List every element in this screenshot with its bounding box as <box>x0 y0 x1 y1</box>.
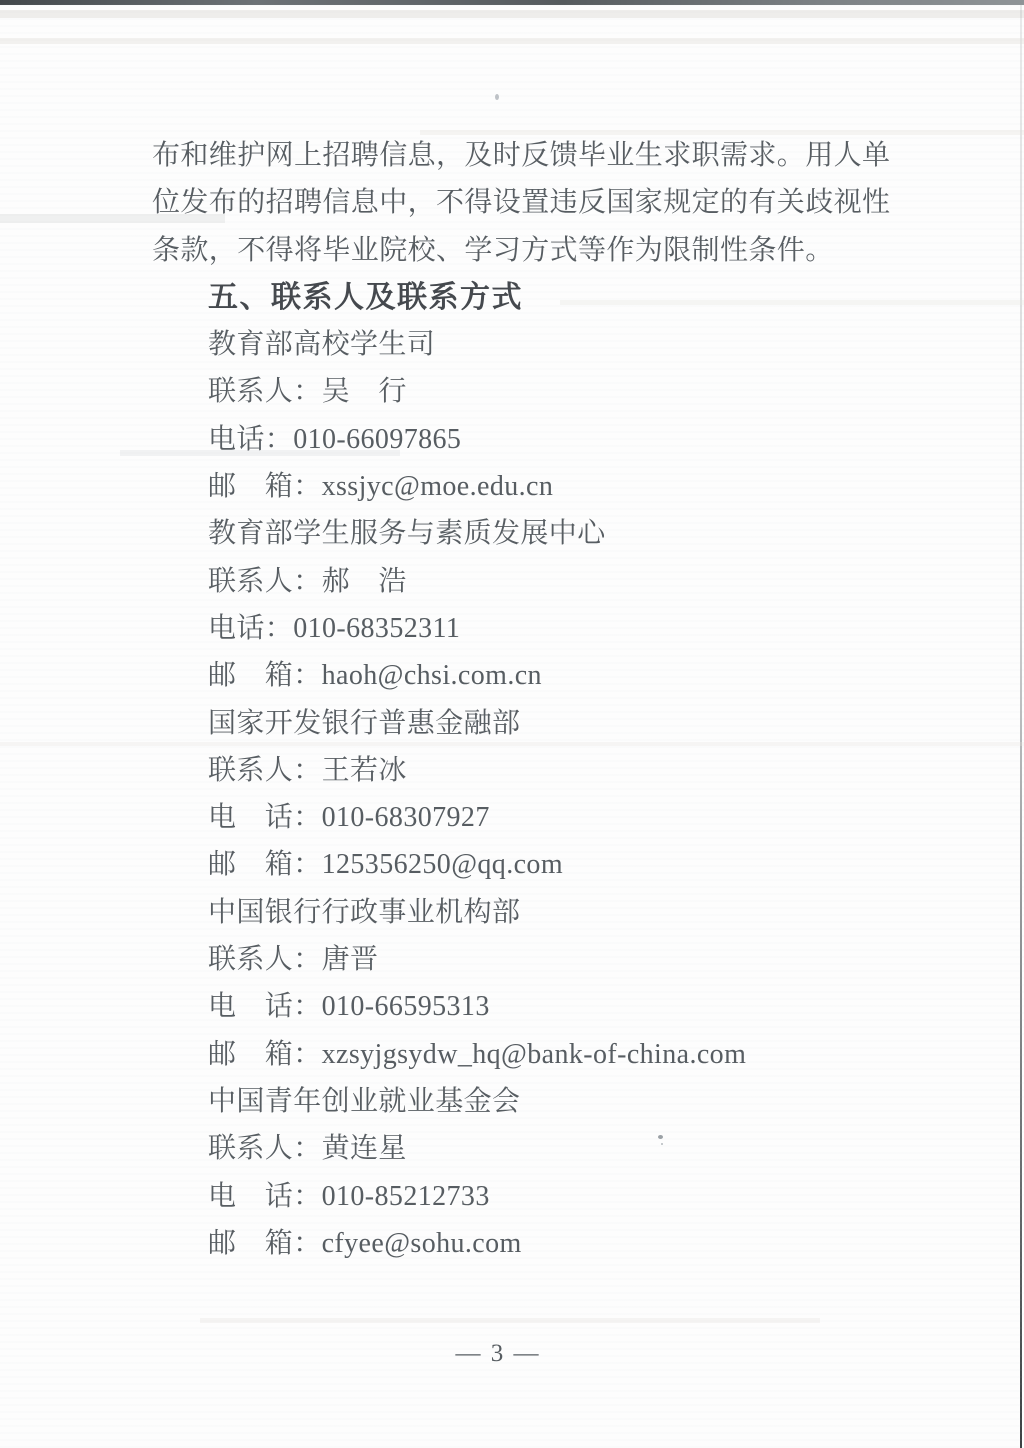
contact-email-line: 邮 箱：xzsyjgsydw_hq@bank-of-china.com <box>208 1031 1024 1078</box>
page-number: — 3 — <box>0 1338 1010 1370</box>
contact-email-label: 邮 箱： <box>208 1039 322 1070</box>
contact-email-label: 邮 箱： <box>208 660 322 691</box>
contact-person-label: 联系人： <box>208 566 322 597</box>
document-body: 布和维护网上招聘信息，及时反馈毕业生求职需求。用人单 位发布的招聘信息中，不得设… <box>0 132 1024 1267</box>
contact-person-label: 联系人： <box>208 376 322 407</box>
contact-email-address: xzsyjgsydw_hq@bank-of-china.com <box>322 1039 747 1070</box>
contact-person-line: 联系人：唐晋 <box>208 936 1024 983</box>
contact-person-name: 王若冰 <box>322 755 407 786</box>
contact-org: 国家开发银行普惠金融部 <box>208 700 1024 747</box>
contact-phone-label: 电 话： <box>208 802 322 833</box>
contact-person-line: 联系人：黄连星 <box>208 1125 1024 1172</box>
contact-phone-label: 电话： <box>208 613 293 644</box>
contact-email-address: 125356250@qq.com <box>322 849 563 880</box>
contact-email-line: 邮 箱：haoh@chsi.com.cn <box>208 652 1024 699</box>
contact-phone-label: 电话： <box>208 424 293 455</box>
contact-person-label: 联系人： <box>208 944 322 975</box>
contact-phone-number: 010-66097865 <box>293 424 461 455</box>
contact-phone-label: 电 话： <box>208 1181 322 1212</box>
contact-org: 教育部学生服务与素质发展中心 <box>208 510 1024 557</box>
contact-email-address: cfyee@sohu.com <box>322 1228 522 1259</box>
contact-email-address: haoh@chsi.com.cn <box>322 660 542 691</box>
paragraph-line: 条款，不得将毕业院校、学习方式等作为限制性条件。 <box>152 227 1024 274</box>
contact-phone-line: 电话：010-68352311 <box>208 605 1024 652</box>
contact-email-address: xssjyc@moe.edu.cn <box>322 471 554 502</box>
contact-email-label: 邮 箱： <box>208 1228 322 1259</box>
contact-org: 中国银行行政事业机构部 <box>208 889 1024 936</box>
contact-phone-label: 电 话： <box>208 991 322 1022</box>
contact-phone-line: 电话：010-66097865 <box>208 416 1024 463</box>
contact-person-name: 黄连星 <box>322 1133 407 1164</box>
contact-phone-number: 010-66595313 <box>322 991 490 1022</box>
contact-org: 教育部高校学生司 <box>208 321 1024 368</box>
section-heading: 五、联系人及联系方式 <box>208 274 1024 321</box>
document-page: 布和维护网上招聘信息，及时反馈毕业生求职需求。用人单 位发布的招聘信息中，不得设… <box>0 0 1024 1448</box>
contact-email-line: 邮 箱：125356250@qq.com <box>208 841 1024 888</box>
contact-email-label: 邮 箱： <box>208 849 322 880</box>
contact-phone-line: 电 话：010-66595313 <box>208 983 1024 1030</box>
contact-person-line: 联系人：郝 浩 <box>208 558 1024 605</box>
paragraph-line: 位发布的招聘信息中，不得设置违反国家规定的有关歧视性 <box>152 179 1024 226</box>
contact-person-name: 吴 行 <box>322 376 407 407</box>
contact-email-line: 邮 箱：cfyee@sohu.com <box>208 1220 1024 1267</box>
contact-person-name: 郝 浩 <box>322 566 407 597</box>
contact-person-name: 唐晋 <box>322 944 379 975</box>
contact-org: 中国青年创业就业基金会 <box>208 1078 1024 1125</box>
contact-phone-line: 电 话：010-85212733 <box>208 1173 1024 1220</box>
contact-email-line: 邮 箱：xssjyc@moe.edu.cn <box>208 463 1024 510</box>
contact-email-label: 邮 箱： <box>208 471 322 502</box>
contact-phone-number: 010-85212733 <box>322 1181 490 1212</box>
contact-phone-number: 010-68352311 <box>293 613 460 644</box>
contact-phone-line: 电 话：010-68307927 <box>208 794 1024 841</box>
contact-person-label: 联系人： <box>208 1133 322 1164</box>
contact-phone-number: 010-68307927 <box>322 802 490 833</box>
contact-person-label: 联系人： <box>208 755 322 786</box>
contact-person-line: 联系人：王若冰 <box>208 747 1024 794</box>
paragraph-line: 布和维护网上招聘信息，及时反馈毕业生求职需求。用人单 <box>152 132 1024 179</box>
contact-person-line: 联系人：吴 行 <box>208 368 1024 415</box>
